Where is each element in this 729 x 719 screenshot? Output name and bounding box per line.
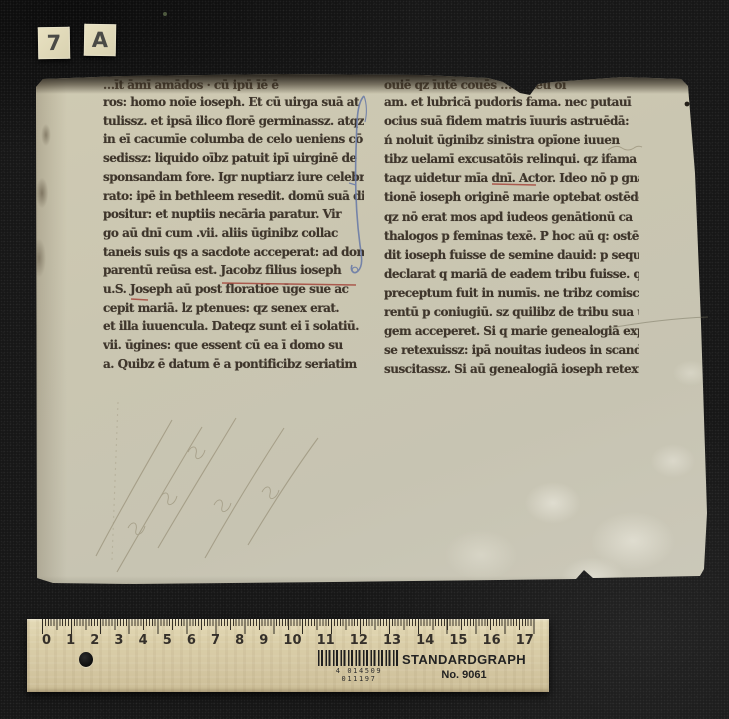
manuscript-text-line: parentū reūsa est. Jacobz filius ioseph [103, 261, 364, 280]
manuscript-text-line: positur: et nuptiis necāria paratur. Vir [103, 205, 364, 224]
manuscript-text-line: suscitassz. Si aū genealogiā ioseph rete… [384, 360, 639, 379]
ruler-number: 11 [317, 633, 335, 648]
manuscript-text-line: tulissz. et ipsā ilico florē germinassz.… [103, 112, 364, 131]
ruler-brand: STANDARDGRAPH [389, 652, 539, 667]
manuscript-text-line: gem acceperet. Si q marie genealogiā exp… [384, 322, 639, 341]
manuscript-text-line: et illa iuuencula. Dateqz sunt ei ī sola… [103, 317, 364, 336]
manuscript-text-line: declarat q mariā de eadem tribu fuisse. … [384, 265, 639, 284]
manuscript-text-line: rato: ipē in bethleem resedit. domū suā … [103, 187, 364, 206]
manuscript-text-line: rentū p coniugiū. sz quilibz de tribu su… [384, 303, 639, 322]
ruler-number: 3 [114, 633, 123, 648]
corner-label-plate-7: 7 [38, 27, 71, 60]
text-column-left: …īt āmī amādos · cū ipū īē ē ros: homo n… [103, 76, 364, 374]
corner-label-plate-A: A [84, 24, 117, 57]
ruler-number: 2 [90, 633, 99, 648]
ruler-number: 12 [350, 633, 368, 648]
photograph-stage: 7 A …īt āmī amādos · cū ipū īē ē ros: ho… [0, 0, 729, 719]
text-lines-left: ros: homo noīe ioseph. Et cū uirga suā a… [103, 93, 364, 374]
ruler: 01234567891011121314151617 4 014509 0111… [27, 619, 549, 692]
ruler-number: 0 [42, 633, 51, 648]
ruler-number: 17 [516, 633, 534, 648]
ruler-number: 5 [163, 633, 172, 648]
ruler-hole [79, 652, 93, 667]
ruler-number: 14 [416, 633, 434, 648]
cropped-top-line: ouiē qz īutē couēs … o fieu oī [384, 76, 639, 91]
manuscript-text-line: taqz uidetur mīa dnī. Actor. Ideo nō p g… [384, 169, 639, 188]
manuscript-text-line: qz nō erat mos apd iudeos genātionū ca [384, 208, 639, 227]
ruler-number: 13 [383, 633, 401, 648]
manuscript-text-line: in eī cacumīe columba de celo ueniens cō [103, 130, 364, 149]
ruler-model: No. 9061 [389, 669, 539, 681]
manuscript-text-line: am. et lubricā pudoris fama. nec putauī [384, 93, 639, 112]
cropped-top-line: …īt āmī amādos · cū ipū īē ē [103, 76, 364, 91]
ruler-numbers: 01234567891011121314151617 [42, 633, 534, 648]
ruler-number: 15 [449, 633, 467, 648]
manuscript-leaf: …īt āmī amādos · cū ipū īē ē ros: homo n… [33, 73, 710, 588]
text-column-right: ouiē qz īutē couēs … o fieu oī am. et lu… [384, 76, 639, 379]
manuscript-text-line: go aū dnī cum .vii. aliis ūginibz collac [103, 224, 364, 243]
manuscript-text-line: tibz uelamī excusatōis relinqui. qz ifam… [384, 150, 639, 169]
ruler-number: 8 [235, 633, 244, 648]
manuscript-text-line: vii. ūgines: que essent cū ea ī domo su [103, 336, 364, 355]
ruler-brand-block: STANDARDGRAPH No. 9061 [389, 652, 539, 681]
manuscript-text-line: sedissz: liquido oībz patuit ipī uirginē… [103, 149, 364, 168]
manuscript-text-line: ocius suā fidem matris īuuris astruēdā: [384, 112, 639, 131]
ruler-number: 6 [187, 633, 196, 648]
ruler-number: 10 [283, 633, 301, 648]
manuscript-text-line: thalogos p feminas texē. P hoc aū q: ost… [384, 227, 639, 246]
manuscript-text-line: preceptum fuit in numīs. ne tribz comisc… [384, 284, 639, 303]
manuscript-text-line: ń noluit ūginibz sinistra opīone iuuen [384, 131, 639, 150]
manuscript-text-line: u.S. Joseph aū post floratiōe ūge sue ac [103, 280, 364, 299]
manuscript-text-line: ros: homo noīe ioseph. Et cū uirga suā a… [103, 93, 364, 112]
barcode-bars [318, 650, 400, 666]
ruler-number: 7 [211, 633, 220, 648]
manuscript-text-line: a. Quibz ē datum ē a pontificibz seriati… [103, 355, 364, 374]
manuscript-text-line: cepit mariā. lz ptenues: qz senex erat. [103, 299, 364, 318]
ruler-number: 9 [259, 633, 268, 648]
ruler-number: 1 [66, 633, 75, 648]
manuscript-text-line: sponsandam fore. Igr nuptiarz iure celeb… [103, 168, 364, 187]
ruler-number: 16 [483, 633, 501, 648]
manuscript-text-line: tionē ioseph originē marie optebat ostēd… [384, 188, 639, 207]
text-lines-right: am. et lubricā pudoris fama. nec putauīo… [384, 93, 639, 379]
manuscript-text-line: dit ioseph fuisse de semine dauid: p seq… [384, 246, 639, 265]
manuscript-text-line: se retexuissz: ipā nouitas iudeos in sca… [384, 341, 639, 360]
ruler-cm-ticks [42, 619, 535, 634]
manuscript-text-line: taneis suis qs a sacdote acceperat: ad d… [103, 243, 364, 262]
ruler-number: 4 [139, 633, 148, 648]
